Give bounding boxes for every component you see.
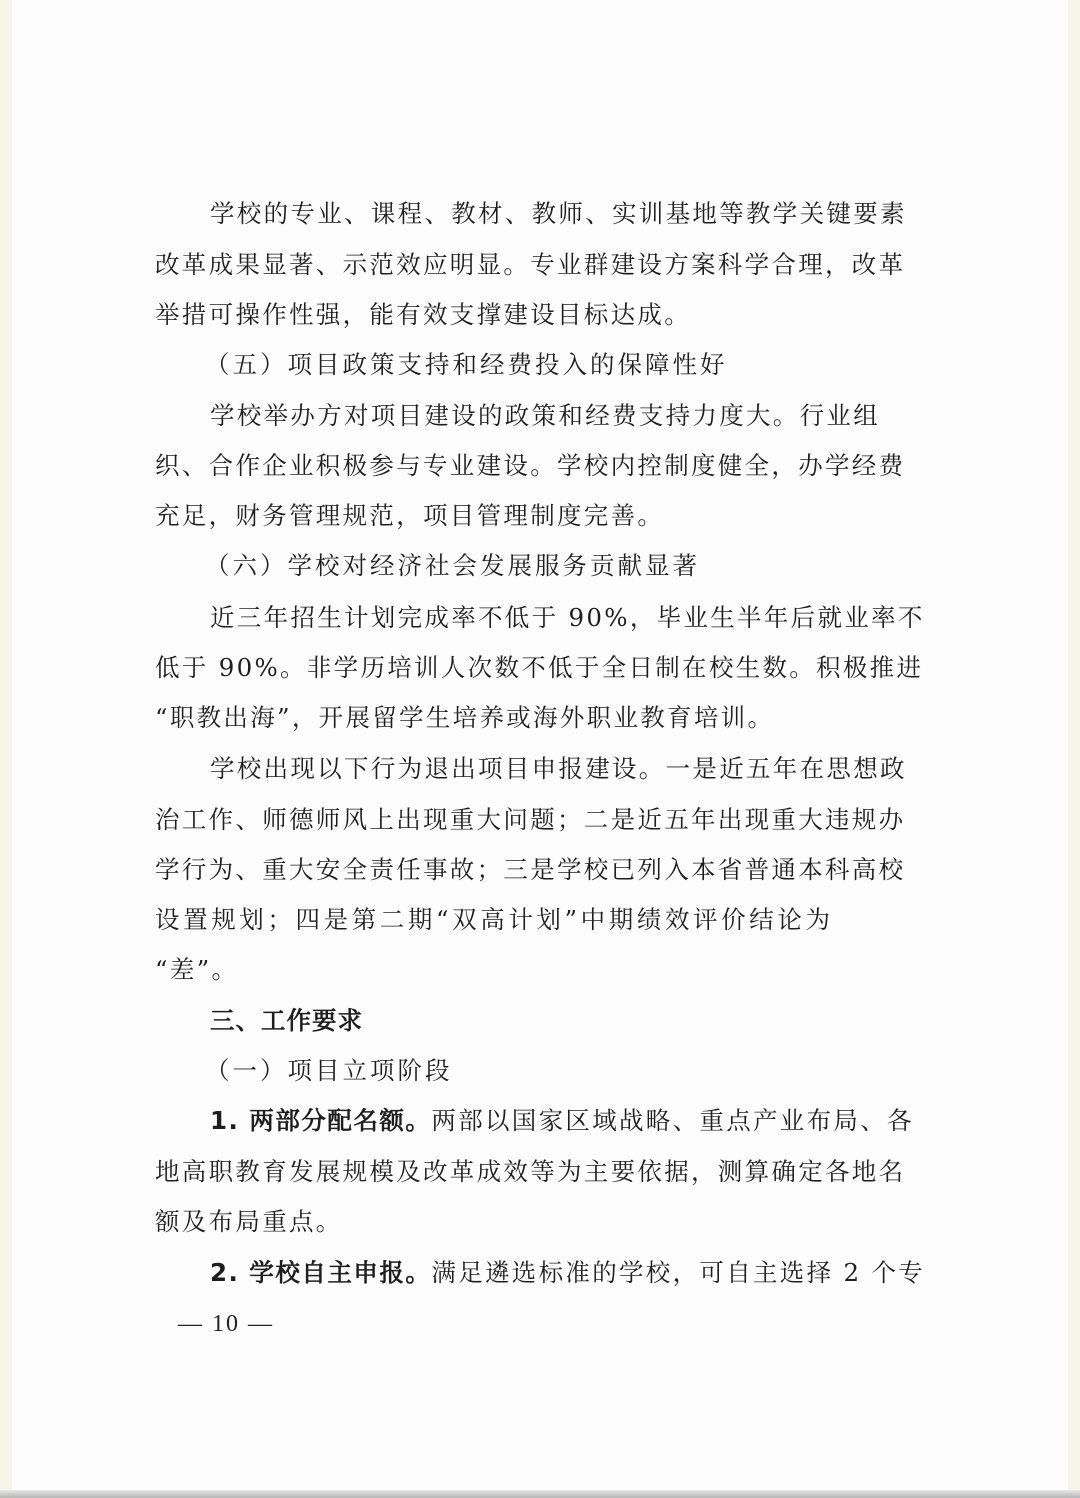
paragraph-line: “职教出海”，开展留学生培养或海外职业教育培训。 xyxy=(155,703,915,733)
paragraph-line: 低于 90%。非学历培训人次数不低于全日制在校生数。积极推进 xyxy=(155,653,915,683)
paragraph-line: 治工作、师德师风上出现重大问题；二是近五年出现重大违规办 xyxy=(155,805,915,835)
paragraph-line: “差”。 xyxy=(155,955,915,985)
paragraph-line: 充足，财务管理规范，项目管理制度完善。 xyxy=(155,501,915,531)
item-label: 1. 两部分配名额。 xyxy=(210,1106,431,1135)
paragraph-line: 近三年招生计划完成率不低于 90%，毕业生半年后就业率不 xyxy=(210,603,970,633)
section-heading-6: （六）学校对经济社会发展服务贡献显著 xyxy=(205,551,965,581)
paragraph-line: 织、合作企业积极参与专业建设。学校内控制度健全，办学经费 xyxy=(155,451,915,481)
paragraph-line: 学校的专业、课程、教材、教师、实训基地等教学关键要素 xyxy=(210,199,970,229)
paragraph-line: 举措可操作性强，能有效支撑建设目标达成。 xyxy=(155,300,915,330)
numbered-item-2: 2. 学校自主申报。满足遴选标准的学校，可自主选择 2 个专 xyxy=(210,1258,970,1288)
paragraph-line: 学校举办方对项目建设的政策和经费支持力度大。行业组 xyxy=(210,401,970,431)
paragraph-line: 地高职教育发展规模及改革成效等为主要依据，测算确定各地名 xyxy=(155,1157,915,1187)
paragraph-line: 额及布局重点。 xyxy=(155,1207,915,1237)
page-number: — 10 — xyxy=(178,1311,274,1338)
item-label: 2. 学校自主申报。 xyxy=(210,1258,431,1287)
paragraph-line: 改革成果显著、示范效应明显。专业群建设方案科学合理，改革 xyxy=(155,250,915,280)
paragraph-line: 学行为、重大安全责任事故；三是学校已列入本省普通本科高校 xyxy=(155,855,915,885)
section-heading-5: （五）项目政策支持和经费投入的保障性好 xyxy=(205,350,965,380)
item-text: 满足遴选标准的学校，可自主选择 2 个专 xyxy=(431,1258,925,1287)
page-edge-shadow xyxy=(0,1490,1080,1498)
subsection-heading-1: （一）项目立项阶段 xyxy=(205,1056,965,1086)
section-heading-three: 三、工作要求 xyxy=(210,1006,970,1036)
item-text: 两部以国家区域战略、重点产业布局、各 xyxy=(431,1106,913,1135)
paragraph-line: 设置规划；四是第二期“双高计划”中期绩效评价结论为 xyxy=(155,905,915,935)
numbered-item-1: 1. 两部分配名额。两部以国家区域战略、重点产业布局、各 xyxy=(210,1106,970,1136)
paragraph-line: 学校出现以下行为退出项目申报建设。一是近五年在思想政 xyxy=(210,754,970,784)
